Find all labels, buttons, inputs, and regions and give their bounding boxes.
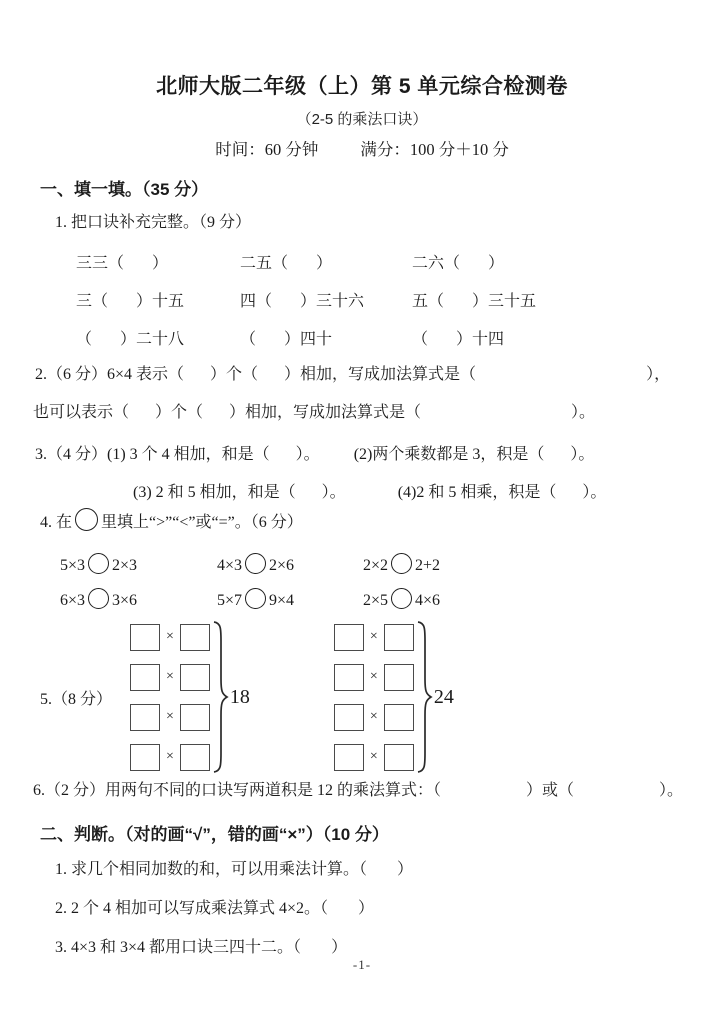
answer-blank: [288, 266, 316, 268]
multiplication-box-group-2: × × × ×: [334, 620, 454, 774]
text-segment: ）相加，写成加法算式是（: [284, 366, 476, 383]
text-segment: 2. 2 个 4 相加可以写成乘法算式 4×2。（: [55, 900, 328, 917]
times-sign: ×: [370, 750, 378, 764]
answer-blank: [270, 457, 296, 459]
text-segment: 5×3: [60, 557, 85, 574]
answer-box: [180, 664, 210, 691]
text-segment: 二五（: [240, 255, 288, 272]
answer-blank: [574, 793, 659, 795]
curly-brace-icon: [416, 620, 433, 774]
group-total: 24: [434, 686, 454, 709]
box-row: ×: [130, 624, 210, 651]
answer-box: [130, 624, 160, 651]
box-row: ×: [130, 744, 210, 771]
question1-grid: 三三（） 二五（） 二六（） 三（）十五 四（）三十六 五（）三十五 （）二十八…: [76, 250, 536, 349]
answer-blank: [444, 304, 472, 306]
answer-blank: [92, 342, 120, 344]
text-segment: 4. 在: [40, 514, 72, 531]
page-number: -1-: [0, 957, 724, 973]
text-segment: 2×3: [112, 557, 137, 574]
text-segment: ）四十: [284, 331, 332, 348]
text-segment: 2×6: [269, 557, 294, 574]
compare-circle: [245, 553, 266, 574]
times-sign: ×: [166, 630, 174, 644]
judge-item-1: 1. 求几个相同加数的和，可以用乘法计算。（）: [55, 859, 413, 881]
text-segment: 2+2: [415, 557, 440, 574]
answer-box: [384, 624, 414, 651]
judge-item-2: 2. 2 个 4 相加可以写成乘法算式 4×2。（）: [55, 898, 374, 920]
text-segment: ）三十六: [300, 293, 364, 310]
text-segment: 满分：100 分＋10 分: [360, 140, 509, 159]
question6-line: 6.（2 分）用两句不同的口诀写两道积是 12 的乘法算式：（）或（）。: [33, 780, 683, 802]
answer-box: [334, 704, 364, 731]
comparison-item: 2×54×6: [363, 588, 440, 610]
comparison-item: 5×32×3: [60, 553, 217, 575]
box-row: ×: [334, 664, 414, 691]
text-segment: ）: [152, 255, 168, 272]
times-sign: ×: [370, 630, 378, 644]
answer-box: [130, 744, 160, 771]
compare-circle: [88, 553, 109, 574]
text-segment: ），: [646, 366, 670, 383]
compare-circle: [391, 553, 412, 574]
text-segment: ）或（: [526, 782, 574, 799]
answer-blank: [544, 457, 570, 459]
question4-grid: 5×32×3 4×32×6 2×22+2 6×33×6 5×79×4 2×54×…: [60, 553, 440, 610]
text-segment: 四（: [240, 293, 272, 310]
text-segment: 也可以表示（: [33, 404, 129, 421]
answer-blank: [328, 911, 358, 913]
text-segment: 4×3: [217, 557, 242, 574]
mnemonic-cell: （）四十: [240, 326, 412, 349]
answer-blank: [258, 377, 284, 379]
answer-blank: [428, 342, 456, 344]
answer-box: [180, 704, 210, 731]
text-segment: ）十四: [456, 331, 504, 348]
answer-box: [180, 744, 210, 771]
times-sign: ×: [166, 710, 174, 724]
text-segment: ）。: [582, 484, 606, 501]
answer-blank: [346, 495, 398, 497]
question5-label: 5.（8 分）: [40, 686, 130, 709]
question3-line1: 3.（4 分）(1) 3 个 4 相加，和是（）。(2)两个乘数都是 3，积是（…: [35, 444, 594, 466]
section2-heading: 二、判断。（对的画“√”，错的画“×”）（10 分）: [40, 820, 389, 845]
times-sign: ×: [166, 750, 174, 764]
text-segment: 里填上“>”“<”或“=”。（6 分）: [101, 514, 303, 531]
text-segment: (2)两个乘数都是 3，积是（: [354, 446, 545, 463]
text-segment: ）: [397, 861, 413, 878]
text-segment: (4)2 和 5 相乘，积是（: [398, 484, 557, 501]
mnemonic-cell: 四（）三十六: [240, 288, 412, 311]
text-segment: 4×6: [415, 592, 440, 609]
box-rows: × × × ×: [334, 624, 414, 771]
text-segment: 五（: [412, 293, 444, 310]
mnemonic-cell: 三三（）: [76, 250, 240, 273]
box-row: ×: [334, 744, 414, 771]
answer-blank: [184, 377, 210, 379]
question1-label: 1. 把口诀补充完整。（9 分）: [55, 212, 251, 234]
text-segment: 1. 求几个相同加数的和，可以用乘法计算。（: [55, 861, 367, 878]
compare-circle: [88, 588, 109, 609]
text-segment: （: [76, 331, 92, 348]
text-segment: ）个（: [210, 366, 258, 383]
mnemonic-cell: 二五（）: [240, 250, 412, 273]
text-segment: 2.（6 分）6×4 表示（: [35, 366, 184, 383]
question3-line2: (3) 2 和 5 相加，和是（）。(4)2 和 5 相乘，积是（）。: [133, 482, 606, 504]
answer-box: [384, 744, 414, 771]
comparison-item: 5×79×4: [217, 588, 363, 610]
text-segment: 3×6: [112, 592, 137, 609]
text-segment: 三三（: [76, 255, 124, 272]
text-segment: 三（: [76, 293, 108, 310]
answer-blank: [272, 304, 300, 306]
answer-blank: [256, 342, 284, 344]
mnemonic-cell: 二六（）: [412, 250, 536, 273]
answer-blank: [476, 377, 646, 379]
mnemonic-cell: （）十四: [412, 326, 536, 349]
text-segment: 二六（: [412, 255, 460, 272]
answer-blank: [129, 415, 155, 417]
compare-circle: [391, 588, 412, 609]
answer-blank: [108, 304, 136, 306]
text-segment: ）相加，写成加法算式是（: [229, 404, 421, 421]
text-segment: ）: [316, 255, 332, 272]
times-sign: ×: [166, 670, 174, 684]
question5: 5.（8 分） × × ×: [40, 620, 454, 774]
answer-box: [384, 664, 414, 691]
text-segment: 时间：60 分钟: [215, 140, 318, 159]
text-segment: ）十五: [136, 293, 184, 310]
text-segment: 2×2: [363, 557, 388, 574]
comparison-item: 4×32×6: [217, 553, 363, 575]
answer-blank: [301, 950, 331, 952]
text-segment: 3. 4×3 和 3×4 都用口诀三四十二。（: [55, 939, 301, 956]
text-segment: （: [240, 331, 256, 348]
text-segment: ）。: [296, 446, 320, 463]
section1-heading: 一、填一填。（35 分）: [40, 175, 208, 200]
exam-info: 时间：60 分钟满分：100 分＋10 分: [0, 136, 724, 160]
answer-blank: [460, 266, 488, 268]
text-segment: (3) 2 和 5 相加，和是（: [133, 484, 296, 501]
compare-circle: [75, 508, 98, 531]
text-segment: ）。: [322, 484, 346, 501]
comparison-item: 2×22+2: [363, 553, 440, 575]
text-segment: ）: [488, 255, 504, 272]
box-rows: × × × ×: [130, 624, 210, 771]
comparison-item: 6×33×6: [60, 588, 217, 610]
text-segment: ）: [358, 900, 374, 917]
mnemonic-cell: 五（）三十五: [412, 288, 536, 311]
answer-blank: [367, 872, 397, 874]
text-segment: ）。: [570, 446, 594, 463]
question2-line1: 2.（6 分）6×4 表示（）个（）相加，写成加法算式是（），: [35, 364, 670, 386]
times-sign: ×: [370, 710, 378, 724]
box-row: ×: [130, 664, 210, 691]
curly-brace-icon: [212, 620, 229, 774]
answer-box: [334, 744, 364, 771]
paper-subtitle: （2-5 的乘法口诀）: [0, 108, 724, 129]
group-total: 18: [230, 686, 250, 709]
answer-box: [334, 624, 364, 651]
text-segment: ）三十五: [472, 293, 536, 310]
box-row: ×: [334, 624, 414, 651]
answer-box: [130, 704, 160, 731]
text-segment: ）。: [659, 782, 683, 799]
answer-box: [180, 624, 210, 651]
text-segment: （: [412, 331, 428, 348]
box-row: ×: [334, 704, 414, 731]
text-segment: 3.（4 分）(1) 3 个 4 相加，和是（: [35, 446, 270, 463]
answer-box: [130, 664, 160, 691]
question2-line2: 也可以表示（）个（）相加，写成加法算式是（）。: [33, 402, 595, 424]
answer-blank: [441, 793, 526, 795]
answer-blank: [421, 415, 571, 417]
text-segment: 6.（2 分）用两句不同的口诀写两道积是 12 的乘法算式：（: [33, 782, 441, 799]
answer-box: [334, 664, 364, 691]
answer-blank: [203, 415, 229, 417]
answer-blank: [124, 266, 152, 268]
question4-label: 4. 在里填上“>”“<”或“=”。（6 分）: [40, 508, 303, 534]
answer-blank: [320, 457, 354, 459]
judge-item-3: 3. 4×3 和 3×4 都用口诀三四十二。（）: [55, 937, 347, 959]
box-row: ×: [130, 704, 210, 731]
text-segment: ）二十八: [120, 331, 184, 348]
answer-box: [384, 704, 414, 731]
mnemonic-cell: 三（）十五: [76, 288, 240, 311]
text-segment: ）: [331, 939, 347, 956]
mnemonic-cell: （）二十八: [76, 326, 240, 349]
answer-blank: [318, 153, 360, 155]
compare-circle: [245, 588, 266, 609]
multiplication-box-group-1: × × × ×: [130, 620, 250, 774]
text-segment: 5×7: [217, 592, 242, 609]
text-segment: 6×3: [60, 592, 85, 609]
text-segment: ）个（: [155, 404, 203, 421]
paper-title: 北师大版二年级（上）第 5 单元综合检测卷: [0, 70, 724, 100]
text-segment: 9×4: [269, 592, 294, 609]
text-segment: 2×5: [363, 592, 388, 609]
answer-blank: [296, 495, 322, 497]
answer-blank: [556, 495, 582, 497]
text-segment: ）。: [571, 404, 595, 421]
times-sign: ×: [370, 670, 378, 684]
test-paper-page: 北师大版二年级（上）第 5 单元综合检测卷 （2-5 的乘法口诀） 时间：60 …: [0, 0, 724, 1024]
